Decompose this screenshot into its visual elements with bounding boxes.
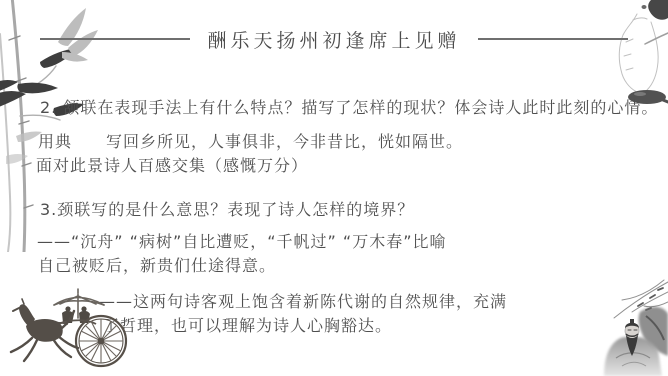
question-2-text: 2. 颔联在表现手法上有什么特点？描写了怎样的现状？体会诗人此时此刻的心情。	[40, 95, 658, 118]
title-left-rule	[40, 38, 190, 40]
answer-3b-line-1: ——这两句诗客观上饱含着新陈代谢的自然规律，充满	[99, 289, 507, 312]
title-right-rule	[478, 38, 628, 40]
presentation-slide: 酬乐天扬州初逢席上见赠 2. 颔联在表现手法上有什么特点？描写了怎样的现状？体会…	[0, 0, 668, 376]
question-3-text: 3.颈联写的是什么意思？表现了诗人怎样的境界？	[40, 197, 414, 220]
answer-3-line-1: ——“沉舟” “病树”自比遭贬，“千帆过” “万木春”比喻	[37, 229, 447, 252]
slide-header: 酬乐天扬州初逢席上见赠	[0, 27, 668, 51]
answer-2-line-1: 用典 写回乡所见，人事俱非，今非昔比，恍如隔世。	[38, 129, 463, 152]
answer-3b-line-2: 了哲理，也可以理解为诗人心胸豁达。	[103, 313, 392, 336]
slide-title: 酬乐天扬州初逢席上见赠	[207, 26, 460, 53]
answer-3-line-2: 自己被贬后，新贵们仕途得意。	[38, 253, 276, 276]
scholar-portrait-icon	[594, 276, 668, 376]
answer-2-line-2: 面对此景诗人百感交集（感慨万分）	[36, 153, 308, 176]
